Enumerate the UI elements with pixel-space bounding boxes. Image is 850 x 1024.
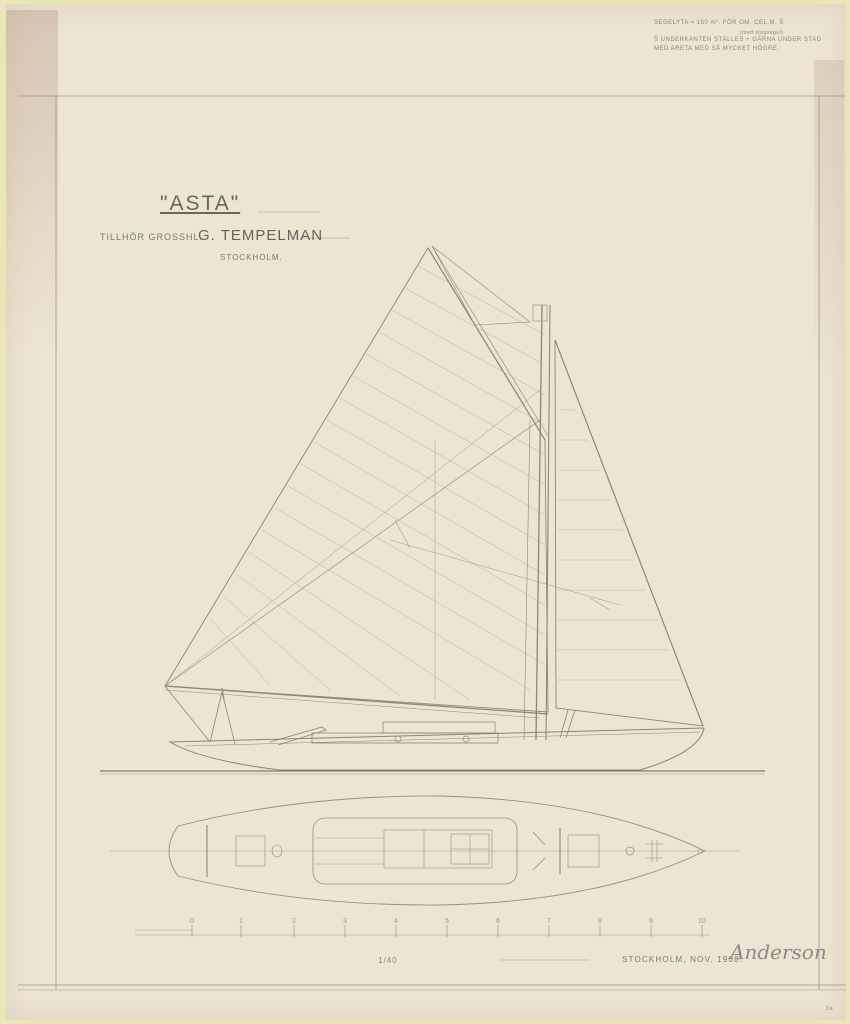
scale-tick-label: 7 (547, 918, 551, 925)
sail-plan (165, 246, 703, 744)
scale-ratio: 1/40 (378, 956, 398, 965)
annotation-note: Š UNDERKANTEN STÄLLES + GÄRNA UNDER STAG (654, 37, 822, 43)
owner-name: G. TEMPELMAN (198, 227, 323, 244)
vessel-title: "ASTA" (160, 192, 240, 216)
mast (536, 305, 542, 740)
forestay (555, 340, 703, 726)
scale-tick-label: 0 (190, 918, 194, 925)
deck-plan (110, 796, 740, 905)
scale-tick-label: 8 (598, 918, 602, 925)
deck-outline (169, 796, 705, 905)
scale-tick-label: 3 (343, 918, 347, 925)
annotation-note: MED ARETA MED SÅ MYCKET HÖGRE. (654, 46, 779, 52)
topsail (432, 246, 530, 325)
scale-tick-label: 6 (496, 918, 500, 925)
corner-mark: 9a (826, 1006, 834, 1012)
designer-signature: Anderson (730, 940, 827, 964)
masthead-pennant (533, 305, 547, 321)
scale-tick-label: 9 (649, 918, 653, 925)
place-date: STOCKHOLM, NOV. 1908. (622, 955, 743, 964)
annotation-note: SEGELYTA = 150 m², FÖR OM. CEL.M. Š (654, 20, 784, 26)
scale-tick-label: 10 (698, 918, 706, 925)
scale-tick-label: 4 (394, 918, 398, 925)
scale-tick-label: 1 (239, 918, 243, 925)
owner-prefix: TILLHÖR GROSSHL. (100, 232, 203, 242)
scale-tick-label: 2 (292, 918, 296, 925)
mainsail (165, 248, 548, 712)
owner-city: STOCKHOLM. (220, 253, 283, 262)
annotation-note: (med stagsegel) (740, 30, 783, 36)
skylight (383, 722, 495, 733)
scale-tick-label: 5 (445, 918, 449, 925)
sail-plan-drawing (0, 0, 850, 1024)
